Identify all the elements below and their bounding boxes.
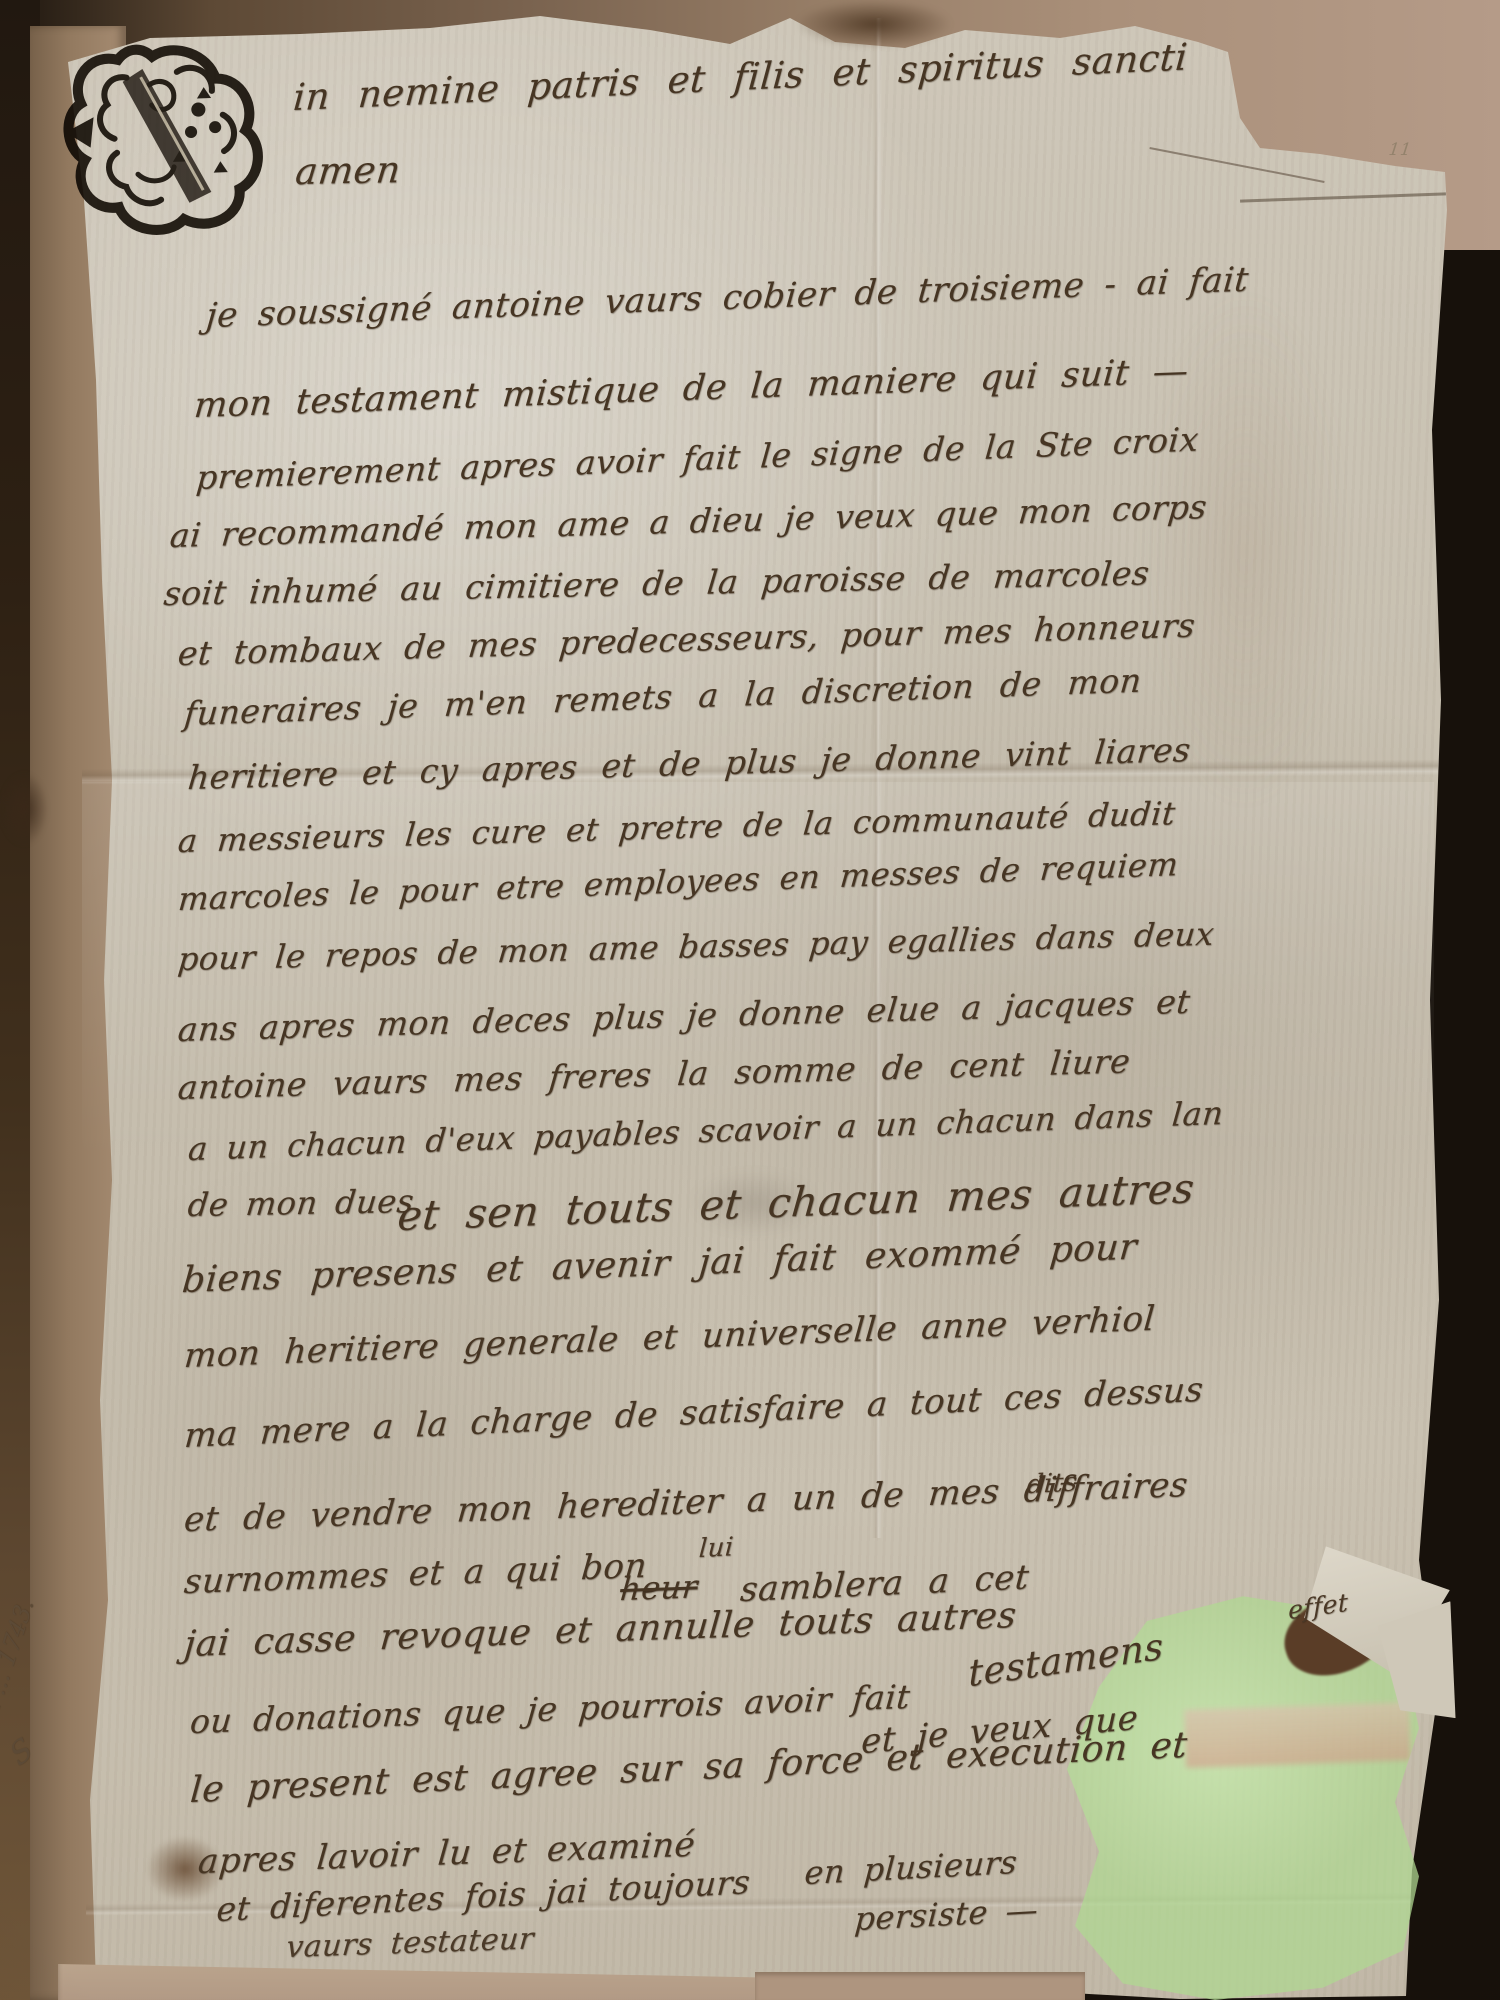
manuscript-line: funeraires je m'en remets a la discretio… — [183, 661, 1144, 734]
manuscript-line: marcoles le pour etre employees en messe… — [177, 845, 1180, 918]
manuscript-line: heritiere et cy apres et de plus je donn… — [186, 730, 1192, 797]
manuscript-line: soit inhumé au cimitiere de la paroisse … — [162, 553, 1151, 613]
manuscript-line: et tombaux de mes predecesseurs, pour me… — [176, 606, 1197, 674]
manuscript-photo: Du ... 1743.S — [0, 0, 1500, 2000]
manuscript-line: le present est agree sur sa force et exe… — [189, 1725, 1189, 1811]
manuscript-line: lui — [698, 1532, 735, 1564]
manuscript-line: 11 — [1388, 140, 1413, 160]
manuscript-line: in nemine patris et filis et spiritus sa… — [292, 35, 1190, 119]
manuscript-line: ma mere a la charge de satisfaire a tout… — [183, 1370, 1205, 1456]
manuscript-line: je soussigné antoine vaurs cobier de tro… — [204, 260, 1250, 337]
manuscript-line: ai recommandé mon ame a dieu je veux que… — [168, 487, 1209, 555]
manuscript-line: mon heritiere generale et universelle an… — [183, 1299, 1157, 1376]
manuscript-line: biens presens et avenir jai fait exommé … — [180, 1227, 1138, 1301]
manuscript-line: effet — [1288, 1588, 1349, 1626]
manuscript-line: persiste — — [853, 1890, 1039, 1938]
manuscript-line: a un chacun d'eux payables scavoir a un … — [187, 1094, 1226, 1168]
manuscript-line: mon testament mistique de la maniere qui… — [192, 351, 1190, 426]
manuscript-line: heur — [619, 1567, 700, 1608]
signature-line: vaurs testateur — [285, 1921, 535, 1965]
manuscript-line: ou donations que je pourrois avoir fait — [189, 1677, 912, 1741]
manuscript-line: ans apres mon deces plus je donne elue a… — [176, 982, 1192, 1049]
manuscript-line: et de vendre mon herediter a un de mes d… — [182, 1465, 1189, 1540]
manuscript-line: amen — [293, 148, 402, 193]
manuscript-line: en plusieurs — [803, 1843, 1018, 1892]
manuscript-line: jai casse revoque et annulle touts autre… — [182, 1595, 1018, 1665]
manuscript-line: antoine vaurs mes freres la somme de cen… — [176, 1041, 1132, 1107]
manuscript-line: pour le repos de mon ame basses pay egal… — [176, 915, 1216, 978]
manuscript-line: premierement apres avoir fait le signe d… — [195, 419, 1201, 497]
manuscript-line: surnommes et a qui bon — [182, 1546, 648, 1602]
manuscript-line: de mon dues — [186, 1182, 416, 1224]
manuscript-lines: in nemine patris et filis et spiritus sa… — [0, 0, 1500, 2000]
